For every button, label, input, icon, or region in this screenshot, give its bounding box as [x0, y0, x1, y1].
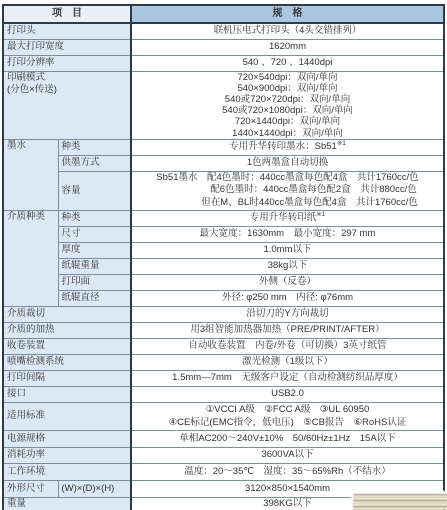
watermark-texture: [353, 494, 447, 510]
header-row: 项 目 规 格: [3, 5, 444, 23]
value-roll-diameter: 外径: φ250 mm 内径: φ76mm: [131, 290, 444, 306]
row-take-up: 收卷装置 自动收卷装置 内卷/外卷（可切换）3英寸纸管: [3, 338, 444, 354]
label-print-gap: 打印间隔: [3, 370, 131, 386]
footnote-marker: ※1: [316, 211, 325, 218]
value-power-consumption: 3600VA以下: [131, 447, 444, 463]
row-print-resolution: 打印分辨率 540 、720 、1440dpi: [3, 55, 444, 71]
value-take-up: 自动收卷装置 内卷/外卷（可切换）3英寸纸管: [131, 338, 444, 354]
label-print-mode-line1: 印刷模式: [7, 72, 127, 84]
value-print-head: 联机压电式打印头（4头交错排列）: [131, 23, 444, 39]
row-roll-weight: 纸辊重量 38kg以下: [3, 258, 444, 274]
label-interface: 接口: [3, 386, 131, 402]
label-media-size: 尺寸: [58, 226, 131, 242]
row-max-print-width: 最大打印宽度 1620mm: [3, 39, 444, 55]
label-max-print-width: 最大打印宽度: [3, 39, 131, 55]
label-print-resolution: 打印分辨率: [3, 55, 131, 71]
row-media-thickness: 厚度 1.0mm以下: [3, 242, 444, 258]
label-power-spec: 电源规格: [3, 430, 131, 447]
value-nozzle-check: 激光检测（1级以下）: [131, 354, 444, 370]
spec-table: 项 目 规 格 打印头 联机压电式打印头（4头交错排列） 最大打印宽度 1620…: [2, 4, 445, 510]
print-mode-line: 540×900dpi：双向/单向: [135, 83, 440, 94]
row-media-type: 介质种类 种类 专用升华转印纸※1: [3, 210, 444, 226]
row-power-spec: 电源规格 单相AC200～240V±10% 50/60Hz±1Hz 15A以下: [3, 430, 444, 447]
print-mode-line: 720×540dpi：双向/单向: [135, 72, 440, 83]
label-power-consumption: 消耗功率: [3, 447, 131, 463]
row-roll-diameter: 纸辊直径 外径: φ250 mm 内径: φ76mm: [3, 290, 444, 306]
value-ink-capacity: Sb51墨水 配4色墨时：440cc墨盒每色配4盒 共计1760cc/色 配6色…: [131, 171, 444, 210]
row-media-heating: 介质的加热 用3组智能加热器加热（PRE/PRINT/AFTER）: [3, 322, 444, 338]
value-media-size: 最大宽度：1630mm 最小宽度：297 mm: [131, 226, 444, 242]
label-ink-capacity: 容量: [58, 171, 131, 210]
label-ink-type: 种类: [58, 139, 131, 155]
label-media-type: 种类: [58, 210, 131, 226]
value-interface: USB2.0: [131, 386, 444, 402]
label-media-group: 介质种类: [3, 210, 58, 306]
label-print-mode-line2: (分色×传送): [7, 84, 127, 96]
label-media-thickness: 厚度: [58, 242, 131, 258]
footnote-marker: ※1: [337, 140, 346, 147]
label-dimensions: 外形尺寸: [3, 480, 58, 497]
row-ink-supply: 供墨方式 1色两墨盒自动切换: [3, 155, 444, 171]
value-print-mode: 720×540dpi：双向/单向 540×900dpi：双向/单向 540或72…: [131, 71, 444, 139]
row-standards: 适用标准 ①VCCI A级 ②FCC A级 ③UL 60950 ④CE标记(EM…: [3, 402, 444, 430]
value-media-thickness: 1.0mm以下: [131, 242, 444, 258]
label-ink-supply: 供墨方式: [58, 155, 131, 171]
value-standards: ①VCCI A级 ②FCC A级 ③UL 60950 ④CE标记(EMC指令，低…: [131, 402, 444, 430]
media-type-text: 专用升华转印纸: [250, 212, 317, 223]
value-print-gap: 1.5mm—7mm 无级客户设定（自动检测纺织品厚度）: [131, 370, 444, 386]
value-roll-weight: 38kg以下: [131, 258, 444, 274]
row-print-mode: 印刷模式 (分色×传送) 720×540dpi：双向/单向 540×900dpi…: [3, 71, 444, 139]
label-operating-env: 工作环境: [3, 463, 131, 480]
label-print-side: 打印面: [58, 274, 131, 290]
value-print-resolution: 540 、720 、1440dpi: [131, 55, 444, 71]
label-media-heating: 介质的加热: [3, 322, 131, 338]
value-media-cutting: 沿切刀的Y方向裁切: [131, 306, 444, 322]
label-print-mode: 印刷模式 (分色×传送): [3, 71, 131, 139]
label-dimensions-wdh: (W)×(D)×(H): [58, 480, 131, 497]
standards-line1: ①VCCI A级 ②FCC A级 ③UL 60950: [135, 403, 440, 416]
row-power-consumption: 消耗功率 3600VA以下: [3, 447, 444, 463]
header-item: 项 目: [3, 5, 131, 23]
value-max-print-width: 1620mm: [131, 39, 444, 55]
ink-capacity-line1: Sb51墨水 配4色墨时：440cc墨盒每色配4盒 共计1760cc/色: [156, 172, 418, 185]
label-roll-weight: 纸辊重量: [58, 258, 131, 274]
value-ink-type: 专用升华转印墨水：Sb51※1: [131, 139, 444, 155]
value-media-heating: 用3组智能加热器加热（PRE/PRINT/AFTER）: [131, 322, 444, 338]
row-media-size: 尺寸 最大宽度：1630mm 最小宽度：297 mm: [3, 226, 444, 242]
print-mode-line: 540或720×1080dpi：双向/单向: [135, 105, 440, 116]
label-standards: 适用标准: [3, 402, 131, 430]
value-print-side: 外侧（反卷）: [131, 274, 444, 290]
row-nozzle-check: 喷嘴检测系统 激光检测（1级以下）: [3, 354, 444, 370]
value-operating-env: 温度：20～35℃ 湿度：35～65%Rh（不结水）: [131, 463, 444, 480]
row-media-cutting: 介质裁切 沿切刀的Y方向裁切: [3, 306, 444, 322]
header-spec: 规 格: [131, 5, 444, 23]
value-ink-supply: 1色两墨盒自动切换: [131, 155, 444, 171]
row-ink-capacity: 容量 Sb51墨水 配4色墨时：440cc墨盒每色配4盒 共计1760cc/色 …: [3, 171, 444, 210]
print-mode-line: 720×1440dpi：双向/单向: [135, 116, 440, 127]
print-mode-line: 540或720×720dpi：双向/单向: [135, 94, 440, 105]
ink-capacity-line2: 配6色墨时：440cc墨盒每色配2盒 共计880cc/色: [156, 184, 418, 197]
ink-type-text: 专用升华转印墨水：Sb51: [229, 141, 337, 152]
value-media-type: 专用升华转印纸※1: [131, 210, 444, 226]
ink-capacity-block: Sb51墨水 配4色墨时：440cc墨盒每色配4盒 共计1760cc/色 配6色…: [156, 172, 418, 210]
label-take-up: 收卷装置: [3, 338, 131, 354]
label-roll-diameter: 纸辊直径: [58, 290, 131, 306]
row-interface: 接口 USB2.0: [3, 386, 444, 402]
row-ink-type: 墨水 种类 专用升华转印墨水：Sb51※1: [3, 139, 444, 155]
label-media-cutting: 介质裁切: [3, 306, 131, 322]
label-ink-group: 墨水: [3, 139, 58, 210]
row-operating-env: 工作环境 温度：20～35℃ 湿度：35～65%Rh（不结水）: [3, 463, 444, 480]
row-print-side: 打印面 外侧（反卷）: [3, 274, 444, 290]
standards-line2: ④CE标记(EMC指令，低电压) ⑤CB报告 ⑥RoHS认证: [135, 416, 440, 429]
label-nozzle-check: 喷嘴检测系统: [3, 354, 131, 370]
row-print-head: 打印头 联机压电式打印头（4头交错排列）: [3, 23, 444, 39]
label-weight: 重量: [3, 497, 131, 510]
label-print-head: 打印头: [3, 23, 131, 39]
value-power-spec: 单相AC200～240V±10% 50/60Hz±1Hz 15A以下: [131, 430, 444, 447]
row-print-gap: 打印间隔 1.5mm—7mm 无级客户设定（自动检测纺织品厚度）: [3, 370, 444, 386]
print-mode-line: 1440×1440dpi：双向/单向: [135, 128, 440, 139]
ink-capacity-line3: 但在M、BL时440cc墨盒每色配4盒 共计1760cc/色: [156, 197, 418, 210]
